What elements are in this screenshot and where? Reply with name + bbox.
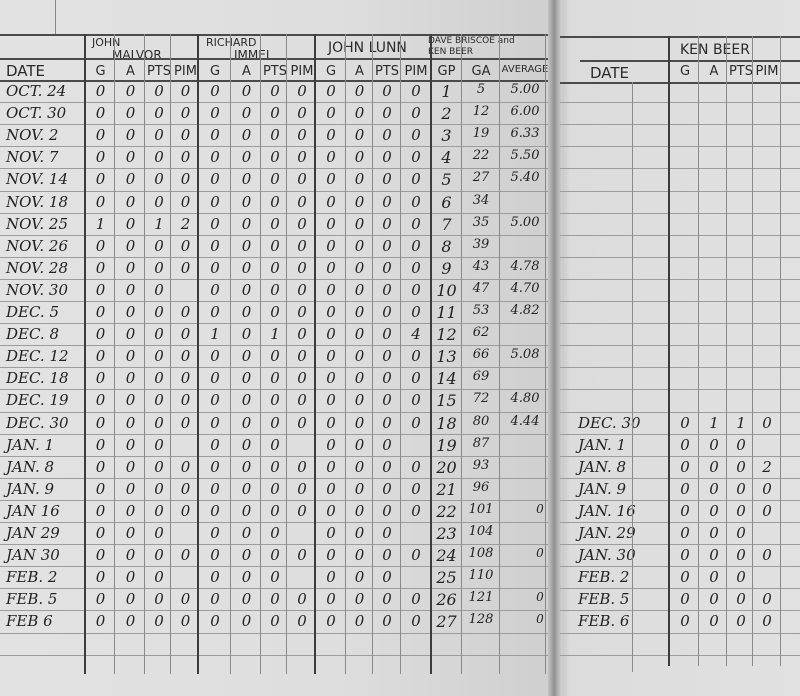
stat-cell: 0 — [172, 259, 199, 277]
grid-line — [0, 102, 548, 103]
row-date: NOV. 26 — [6, 237, 68, 255]
stat-cell: 0 — [288, 480, 316, 498]
average-cell: 6.33 — [500, 126, 550, 141]
stat-cell: 0 — [346, 414, 373, 432]
stat-cell: 0 — [262, 82, 288, 100]
stat-cell: 0 — [262, 480, 288, 498]
right-stat-cell: 0 — [754, 612, 780, 630]
stat-cell: 0 — [346, 436, 373, 454]
grid-line — [560, 367, 800, 368]
stat-cell: 0 — [262, 391, 288, 409]
goals-against-cell: 34 — [462, 193, 500, 208]
row-date: NOV. 2 — [6, 126, 58, 144]
right-stat-cell: 0 — [700, 524, 728, 542]
stat-cell: 0 — [316, 391, 346, 409]
stat-cell: 0 — [199, 170, 231, 188]
stat-cell: 0 — [199, 215, 231, 233]
stat-cell: 0 — [316, 502, 346, 520]
stat-cell: 0 — [288, 148, 316, 166]
right-stat-cell: 0 — [754, 590, 780, 608]
goals-against-cell: 96 — [462, 480, 500, 495]
row-date: DEC. 30 — [6, 414, 69, 432]
games-played-cell: 2 — [431, 104, 462, 123]
grid-line — [430, 34, 432, 674]
stat-cell: 0 — [401, 193, 431, 211]
grid-line — [0, 146, 548, 147]
grid-line — [780, 36, 781, 666]
stat-cell: 0 — [262, 215, 288, 233]
stat-cell: 0 — [401, 281, 431, 299]
stat-cell: 0 — [115, 524, 146, 542]
stat-cell: 0 — [316, 303, 346, 321]
stat-cell: 0 — [199, 303, 231, 321]
stat-cell: 0 — [346, 82, 373, 100]
grid-line — [55, 0, 56, 34]
stat-cell: 0 — [172, 193, 199, 211]
stat-cell: 0 — [86, 347, 115, 365]
stat-cell: 1 — [86, 215, 115, 233]
stat-cell: 0 — [172, 104, 199, 122]
extra-cell: 0 — [530, 612, 550, 626]
stat-cell: 0 — [401, 414, 431, 432]
grid-line — [0, 389, 548, 390]
stat-cell: 0 — [146, 259, 172, 277]
games-played-cell: 10 — [431, 281, 462, 300]
stat-cell: 0 — [262, 568, 288, 586]
column-header-pim: PIM — [288, 64, 316, 79]
stat-cell: 0 — [115, 568, 146, 586]
stat-cell: 0 — [172, 391, 199, 409]
grid-line — [0, 191, 548, 192]
column-header-a: A — [115, 64, 146, 79]
stat-cell: 0 — [231, 170, 262, 188]
games-played-cell: 12 — [431, 325, 462, 344]
stat-cell: 0 — [262, 502, 288, 520]
average-cell: 4.70 — [500, 281, 550, 296]
stat-cell: 0 — [316, 259, 346, 277]
stat-cell: 0 — [86, 568, 115, 586]
goalies-name: DAVE BRISCOE and KEN BEER — [428, 36, 532, 58]
stat-cell: 0 — [401, 458, 431, 476]
stat-cell: 0 — [288, 215, 316, 233]
stat-cell: 0 — [288, 502, 316, 520]
right-row-date: FEB. 6 — [578, 612, 629, 630]
row-date: OCT. 24 — [6, 82, 66, 100]
stat-cell: 0 — [86, 104, 115, 122]
row-date: DEC. 5 — [6, 303, 59, 321]
stat-cell: 0 — [288, 259, 316, 277]
stat-cell: 0 — [172, 82, 199, 100]
right-row-date: JAN. 30 — [578, 546, 636, 564]
stat-cell: 0 — [115, 237, 146, 255]
stat-cell: 0 — [231, 259, 262, 277]
stat-cell: 0 — [401, 237, 431, 255]
stat-cell: 0 — [373, 193, 401, 211]
stat-cell: 0 — [401, 480, 431, 498]
stat-cell: 0 — [401, 303, 431, 321]
games-played-cell: 15 — [431, 391, 462, 410]
grid-line — [560, 345, 800, 346]
stat-cell: 0 — [401, 126, 431, 144]
grid-line — [560, 478, 800, 479]
stat-cell: 0 — [199, 524, 231, 542]
stat-cell: 0 — [172, 480, 199, 498]
games-played-cell: 25 — [431, 568, 462, 587]
extra-cell: 0 — [530, 590, 550, 604]
stat-cell: 0 — [346, 546, 373, 564]
grid-line — [560, 279, 800, 280]
stat-cell: 0 — [346, 612, 373, 630]
stat-cell: 0 — [401, 369, 431, 387]
grid-line — [314, 34, 316, 674]
stat-cell: 0 — [199, 126, 231, 144]
stat-cell: 0 — [86, 590, 115, 608]
stat-cell: 0 — [262, 414, 288, 432]
stat-cell: 0 — [316, 170, 346, 188]
stat-cell: 0 — [172, 347, 199, 365]
stat-cell: 0 — [86, 303, 115, 321]
stat-cell: 0 — [316, 568, 346, 586]
right-stat-cell: 0 — [670, 436, 700, 454]
stat-cell: 0 — [316, 281, 346, 299]
stat-cell: 0 — [373, 369, 401, 387]
stat-cell: 0 — [346, 126, 373, 144]
grid-line — [0, 124, 548, 125]
grid-line — [0, 522, 548, 523]
stat-cell: 0 — [288, 303, 316, 321]
row-date: NOV. 14 — [6, 170, 68, 188]
games-played-cell: 7 — [431, 215, 462, 234]
right-stat-cell: 0 — [700, 480, 728, 498]
stat-cell: 0 — [172, 237, 199, 255]
stat-cell: 0 — [262, 104, 288, 122]
games-played-cell: 24 — [431, 546, 462, 565]
stat-cell: 0 — [146, 458, 172, 476]
stat-cell: 0 — [316, 126, 346, 144]
grid-line — [560, 102, 800, 103]
right-stat-cell: 0 — [670, 612, 700, 630]
stat-cell: 0 — [231, 546, 262, 564]
stat-cell: 0 — [146, 347, 172, 365]
extra-cell: 0 — [530, 502, 550, 516]
stat-cell: 0 — [199, 458, 231, 476]
stat-cell: 0 — [373, 126, 401, 144]
right-stat-cell: 0 — [728, 612, 754, 630]
stat-cell: 0 — [346, 104, 373, 122]
stat-cell: 0 — [86, 391, 115, 409]
stat-cell: 0 — [115, 303, 146, 321]
stat-cell: 0 — [199, 104, 231, 122]
stat-cell: 0 — [231, 436, 262, 454]
goals-against-cell: 53 — [462, 303, 500, 318]
stat-cell: 0 — [262, 369, 288, 387]
grid-line — [560, 323, 800, 324]
stat-cell: 0 — [288, 590, 316, 608]
right-stat-cell: 0 — [670, 524, 700, 542]
right-row-date: JAN. 16 — [578, 502, 636, 520]
row-date: JAN 29 — [6, 524, 60, 542]
stat-cell: 0 — [346, 325, 373, 343]
stat-cell: 0 — [115, 82, 146, 100]
games-played-cell: 20 — [431, 458, 462, 477]
stat-cell: 0 — [346, 391, 373, 409]
stat-cell: 0 — [231, 82, 262, 100]
games-played-cell: 6 — [431, 193, 462, 212]
grid-line — [560, 36, 800, 38]
row-date: OCT. 30 — [6, 104, 66, 122]
right-stat-cell: 0 — [700, 590, 728, 608]
stat-cell: 0 — [262, 170, 288, 188]
stat-cell: 0 — [231, 303, 262, 321]
row-date: NOV. 25 — [6, 215, 68, 233]
right-row-date: FEB. 2 — [578, 568, 629, 586]
stat-cell: 0 — [316, 524, 346, 542]
stat-cell: 0 — [288, 170, 316, 188]
stat-cell: 0 — [146, 325, 172, 343]
games-played-cell: 4 — [431, 148, 462, 167]
stat-cell: 0 — [373, 391, 401, 409]
stat-cell: 0 — [373, 281, 401, 299]
stat-cell: 0 — [146, 170, 172, 188]
stat-cell: 0 — [262, 281, 288, 299]
games-played-cell: 27 — [431, 612, 462, 631]
stat-cell: 1 — [262, 325, 288, 343]
grid-line — [0, 544, 548, 545]
stat-cell: 0 — [231, 193, 262, 211]
goals-against-cell: 121 — [462, 590, 500, 605]
stat-cell: 0 — [231, 126, 262, 144]
stat-cell: 0 — [401, 502, 431, 520]
grid-line — [144, 34, 145, 674]
stat-cell: 0 — [373, 414, 401, 432]
games-played-cell: 19 — [431, 436, 462, 455]
right-stat-cell: 0 — [728, 502, 754, 520]
stat-cell: 0 — [86, 193, 115, 211]
stat-cell: 0 — [115, 502, 146, 520]
stat-cell: 0 — [199, 391, 231, 409]
grid-line — [0, 367, 548, 368]
stat-cell: 0 — [373, 480, 401, 498]
average-cell: 5.50 — [500, 148, 550, 163]
stat-cell: 0 — [146, 480, 172, 498]
stat-cell: 0 — [199, 546, 231, 564]
grid-line — [560, 301, 800, 302]
stat-cell: 0 — [373, 590, 401, 608]
grid-line — [0, 235, 548, 236]
stat-cell: 0 — [346, 458, 373, 476]
stat-cell: 0 — [262, 193, 288, 211]
goals-against-cell: 93 — [462, 458, 500, 473]
goals-against-cell: 62 — [462, 325, 500, 340]
right-stat-cell: 0 — [728, 480, 754, 498]
average-cell: 4.80 — [500, 391, 550, 406]
stat-cell: 0 — [199, 237, 231, 255]
grid-line — [0, 566, 548, 567]
grid-line — [560, 522, 800, 523]
grid-line — [286, 34, 287, 674]
grid-line — [0, 633, 548, 634]
stat-cell: 0 — [172, 170, 199, 188]
grid-line — [668, 36, 670, 666]
stat-cell: 0 — [146, 590, 172, 608]
goals-against-cell: 35 — [462, 215, 500, 230]
stat-cell: 0 — [172, 458, 199, 476]
stat-cell: 0 — [231, 480, 262, 498]
stat-cell: 0 — [401, 546, 431, 564]
right-column-header-pim: PIM — [754, 64, 780, 79]
stat-cell: 0 — [346, 502, 373, 520]
stat-cell: 0 — [288, 126, 316, 144]
column-header-a: A — [231, 64, 262, 79]
grid-line — [560, 235, 800, 236]
grid-line — [560, 456, 800, 457]
games-played-cell: 14 — [431, 369, 462, 388]
stat-cell: 0 — [86, 170, 115, 188]
grid-line — [345, 34, 346, 674]
right-stat-cell: 0 — [700, 436, 728, 454]
average-cell: 4.78 — [500, 259, 550, 274]
stat-cell: 0 — [115, 347, 146, 365]
grid-line — [372, 34, 373, 674]
grid-line — [560, 610, 800, 611]
row-date: NOV. 7 — [6, 148, 58, 166]
stat-cell: 0 — [373, 170, 401, 188]
stat-cell: 0 — [86, 414, 115, 432]
stat-cell: 0 — [346, 215, 373, 233]
column-header-a: A — [346, 64, 373, 79]
grid-line — [230, 34, 231, 674]
games-played-cell: 3 — [431, 126, 462, 145]
right-row-date: FEB. 5 — [578, 590, 629, 608]
stat-cell: 0 — [316, 325, 346, 343]
stat-cell: 0 — [86, 612, 115, 630]
goals-against-cell: 104 — [462, 524, 500, 539]
stat-cell: 0 — [115, 126, 146, 144]
stat-cell: 0 — [86, 237, 115, 255]
player-name-ken-beer: KEN BEER — [680, 42, 750, 58]
stat-cell: 0 — [146, 436, 172, 454]
grid-line — [114, 34, 115, 674]
stat-cell: 0 — [146, 546, 172, 564]
grid-line — [560, 566, 800, 567]
grid-line — [0, 655, 548, 656]
stat-cell: 0 — [288, 612, 316, 630]
row-date: NOV. 30 — [6, 281, 68, 299]
stat-cell: 0 — [316, 237, 346, 255]
stat-cell: 0 — [316, 612, 346, 630]
stat-cell: 0 — [199, 590, 231, 608]
stat-cell: 0 — [262, 237, 288, 255]
stat-cell: 0 — [401, 148, 431, 166]
right-date-column-header: DATE — [590, 64, 629, 82]
stat-cell: 0 — [199, 612, 231, 630]
stat-cell: 0 — [346, 193, 373, 211]
games-played-cell: 21 — [431, 480, 462, 499]
stat-cell: 0 — [288, 82, 316, 100]
right-stat-cell: 0 — [728, 546, 754, 564]
stat-cell: 1 — [146, 215, 172, 233]
stat-cell: 0 — [86, 325, 115, 343]
stat-cell: 0 — [346, 259, 373, 277]
grid-line — [0, 478, 548, 479]
row-date: NOV. 18 — [6, 193, 68, 211]
stat-cell: 0 — [115, 148, 146, 166]
column-header-pim: PIM — [172, 64, 199, 79]
games-played-cell: 9 — [431, 259, 462, 278]
stat-cell: 0 — [115, 193, 146, 211]
grid-line — [0, 80, 548, 82]
stat-cell: 0 — [262, 590, 288, 608]
row-date: DEC. 18 — [6, 369, 69, 387]
stat-cell: 0 — [373, 502, 401, 520]
stat-cell: 0 — [86, 148, 115, 166]
book-gutter — [548, 0, 562, 696]
goals-against-cell: 39 — [462, 237, 500, 252]
stat-cell: 0 — [288, 458, 316, 476]
stat-cell: 0 — [373, 347, 401, 365]
stat-cell: 0 — [316, 458, 346, 476]
row-date: JAN. 8 — [6, 458, 54, 476]
stat-cell: 0 — [316, 414, 346, 432]
stat-cell: 0 — [146, 193, 172, 211]
stat-cell: 0 — [146, 502, 172, 520]
stat-cell: 0 — [146, 303, 172, 321]
stat-cell: 0 — [146, 104, 172, 122]
grid-line — [197, 34, 199, 674]
goals-against-cell: 66 — [462, 347, 500, 362]
row-date: FEB 6 — [6, 612, 53, 630]
stat-cell: 0 — [316, 590, 346, 608]
stat-cell: 0 — [262, 347, 288, 365]
stat-cell: 0 — [86, 281, 115, 299]
goals-against-cell: 72 — [462, 391, 500, 406]
stat-cell: 0 — [288, 325, 316, 343]
right-stat-cell: 0 — [670, 546, 700, 564]
right-stat-cell: 0 — [670, 458, 700, 476]
date-column-header: DATE — [6, 62, 45, 80]
right-stat-cell: 0 — [728, 458, 754, 476]
stat-cell: 0 — [373, 546, 401, 564]
stat-cell: 0 — [316, 480, 346, 498]
grid-line — [560, 655, 800, 656]
stat-cell: 0 — [231, 148, 262, 166]
stat-cell: 0 — [346, 480, 373, 498]
grid-line — [560, 588, 800, 589]
grid-line — [560, 213, 800, 214]
games-played-cell: 26 — [431, 590, 462, 609]
stat-cell: 0 — [172, 325, 199, 343]
stat-cell: 0 — [146, 126, 172, 144]
stat-cell: 0 — [146, 82, 172, 100]
right-stat-cell: 1 — [728, 414, 754, 432]
column-header-pts: PTS — [262, 64, 288, 79]
stat-cell: 0 — [373, 148, 401, 166]
goals-against-cell: 69 — [462, 369, 500, 384]
stat-cell: 0 — [115, 458, 146, 476]
right-column-header-g: G — [670, 64, 700, 79]
stat-cell: 0 — [231, 104, 262, 122]
stat-cell: 0 — [316, 104, 346, 122]
stat-cell: 0 — [262, 303, 288, 321]
stat-cell: 0 — [115, 215, 146, 233]
stat-cell: 0 — [262, 148, 288, 166]
row-date: JAN. 1 — [6, 436, 54, 454]
stat-cell: 0 — [172, 590, 199, 608]
stat-cell: 0 — [115, 104, 146, 122]
stat-cell: 0 — [401, 391, 431, 409]
right-stat-cell: 0 — [700, 546, 728, 564]
stat-cell: 0 — [172, 303, 199, 321]
